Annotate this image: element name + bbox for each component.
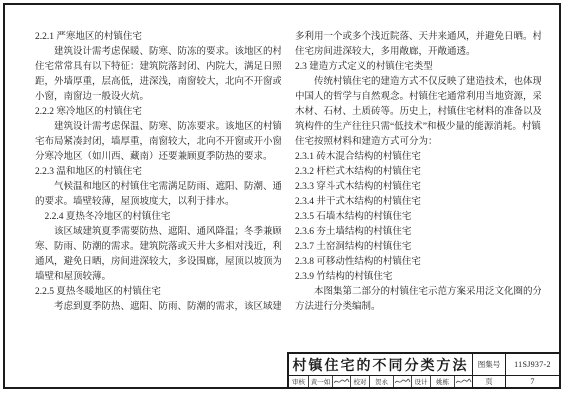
text-line: 建筑设计需考虑保温、防寒、防冻要求。该地区的村镇住	[35, 120, 281, 135]
document-page: 2.2.1 严寒地区的村镇住宅 建筑设计需考虑保暖、防寒、防冻的要求。该地区的村…	[0, 0, 564, 394]
text-line: 2.3.9 竹结构的村镇住宅	[295, 270, 541, 285]
text-line: 2.2.3 温和地区的村镇住宅	[35, 165, 281, 180]
text-line: 寒、防雨、防潮的需求。建筑院落或天井大多相对浅近，利用	[35, 240, 281, 255]
staff-signature-row: 审核黄一如校对贺永设计姚栋	[289, 376, 472, 387]
signature-scribble-icon	[394, 377, 411, 386]
text-line: 2.3 建造方式定义的村镇住宅类型	[295, 60, 541, 75]
text-line: 考虑到夏季防热、遮阳、防雨、防潮的需求，该区域建筑	[35, 300, 281, 315]
page-number-value: 7	[505, 376, 559, 387]
atlas-number-value: 11SJ937-2	[505, 354, 559, 375]
text-line: 住宅常常具有以下特征：建筑院落封闭、内院大，满足日照间	[35, 60, 281, 75]
text-line: 2.3.4 井干式木结构的村镇住宅	[295, 195, 541, 210]
text-line: 2.3.5 石墙木结构的村镇住宅	[295, 210, 541, 225]
staff-signature-cell	[454, 376, 472, 387]
text-line: 分寒冷地区（如川西、藏南）还要兼顾夏季防热的要求。	[35, 150, 281, 165]
page-border-frame: 2.2.1 严寒地区的村镇住宅 建筑设计需考虑保暖、防寒、防冻的要求。该地区的村…	[3, 3, 561, 389]
text-line: 2.3.8 可移动性结构的村镇住宅	[295, 255, 541, 270]
text-line: 小窗，南窗边一般设火炕。	[35, 90, 281, 105]
staff-name: 贺永	[369, 376, 393, 387]
text-line: 木材、石材、土质砖等。历史上，村镇住宅材料的准备以及建	[295, 105, 541, 120]
text-line: 住宅房间进深较大，多用敞廊，开敞通透。	[295, 45, 541, 60]
signature-scribble-icon	[333, 377, 350, 386]
page-number-label: 页	[472, 376, 505, 387]
text-line: 2.2.4 夏热冬冷地区的村镇住宅	[35, 210, 281, 225]
staff-role-label: 设计	[411, 376, 430, 387]
text-line: 通风，避免日晒，房间进深较大，多设围廊，屋顶以坡顶为主，	[35, 255, 281, 270]
text-line: 建筑设计需考虑保暖、防寒、防冻的要求。该地区的村镇	[35, 45, 281, 60]
text-line: 2.3.2 杆栏式木结构的村镇住宅	[295, 165, 541, 180]
text-line: 该区域建筑夏季需要防热、遮阳、通风降温；冬季兼顾防	[35, 225, 281, 240]
staff-role-label: 审核	[289, 376, 308, 387]
text-line: 中国人的哲学与自然观念。村镇住宅通常利用当地资源，采用	[295, 90, 541, 105]
text-line: 墙壁和屋顶较薄。	[35, 270, 281, 285]
text-line: 2.2.1 严寒地区的村镇住宅	[35, 30, 281, 45]
text-line: 筑构件的生产往往只需“低技术”和极少量的能源消耗。村镇	[295, 120, 541, 135]
text-line: 住宅按照材料和建造方式可分为：	[295, 135, 541, 150]
text-line: 多利用一个或多个浅近院落、天井来通风，并避免日晒。村镇	[295, 30, 541, 45]
text-line: 距，外墙厚重，层高低，进深浅，南窗较大，北向不开窗或开	[35, 75, 281, 90]
title-block-top-row: 村镇住宅的不同分类方法 图集号 11SJ937-2	[289, 354, 559, 375]
text-line: 2.3.3 穿斗式木结构的村镇住宅	[295, 180, 541, 195]
text-column-right: 多利用一个或多个浅近院落、天井来通风，并避免日晒。村镇住宅房间进深较大，多用敞廊…	[295, 30, 541, 315]
drawing-title: 村镇住宅的不同分类方法	[289, 354, 472, 375]
text-line: 方法进行分类编制。	[295, 300, 541, 315]
staff-name: 姚栋	[430, 376, 454, 387]
text-line: 宅布局紧凑封闭，墙厚重，南窗较大，北向不开窗或开小窗。部	[35, 135, 281, 150]
text-line: 2.3.7 土窑洞结构的村镇住宅	[295, 240, 541, 255]
title-block-bottom-row: 审核黄一如校对贺永设计姚栋 页 7	[289, 375, 559, 387]
text-line: 2.2.2 寒冷地区的村镇住宅	[35, 105, 281, 120]
staff-signature-cell	[393, 376, 411, 387]
text-line: 2.3.1 砖木混合结构的村镇住宅	[295, 150, 541, 165]
text-column-left: 2.2.1 严寒地区的村镇住宅 建筑设计需考虑保暖、防寒、防冻的要求。该地区的村…	[35, 30, 281, 315]
text-line: 2.2.5 夏热冬暖地区的村镇住宅	[35, 285, 281, 300]
title-block: 村镇住宅的不同分类方法 图集号 11SJ937-2 审核黄一如校对贺永设计姚栋 …	[287, 352, 559, 387]
text-line: 的要求。墙壁较薄，屋顶坡度大，以利于排水。	[35, 195, 281, 210]
staff-signature-cell	[332, 376, 350, 387]
text-line: 本图集第二部分的村镇住宅示范方案采用泛文化圈的分类	[295, 285, 541, 300]
text-line: 传统村镇住宅的建造方式不仅反映了建造技术，也体现了	[295, 75, 541, 90]
signature-scribble-icon	[455, 377, 472, 386]
staff-role-label: 校对	[350, 376, 369, 387]
staff-name: 黄一如	[308, 376, 332, 387]
text-line: 2.3.6 夯土墙结构的村镇住宅	[295, 225, 541, 240]
atlas-number-label: 图集号	[472, 354, 505, 375]
text-line: 气候温和地区的村镇住宅需满足防雨、遮阳、防潮、通风	[35, 180, 281, 195]
